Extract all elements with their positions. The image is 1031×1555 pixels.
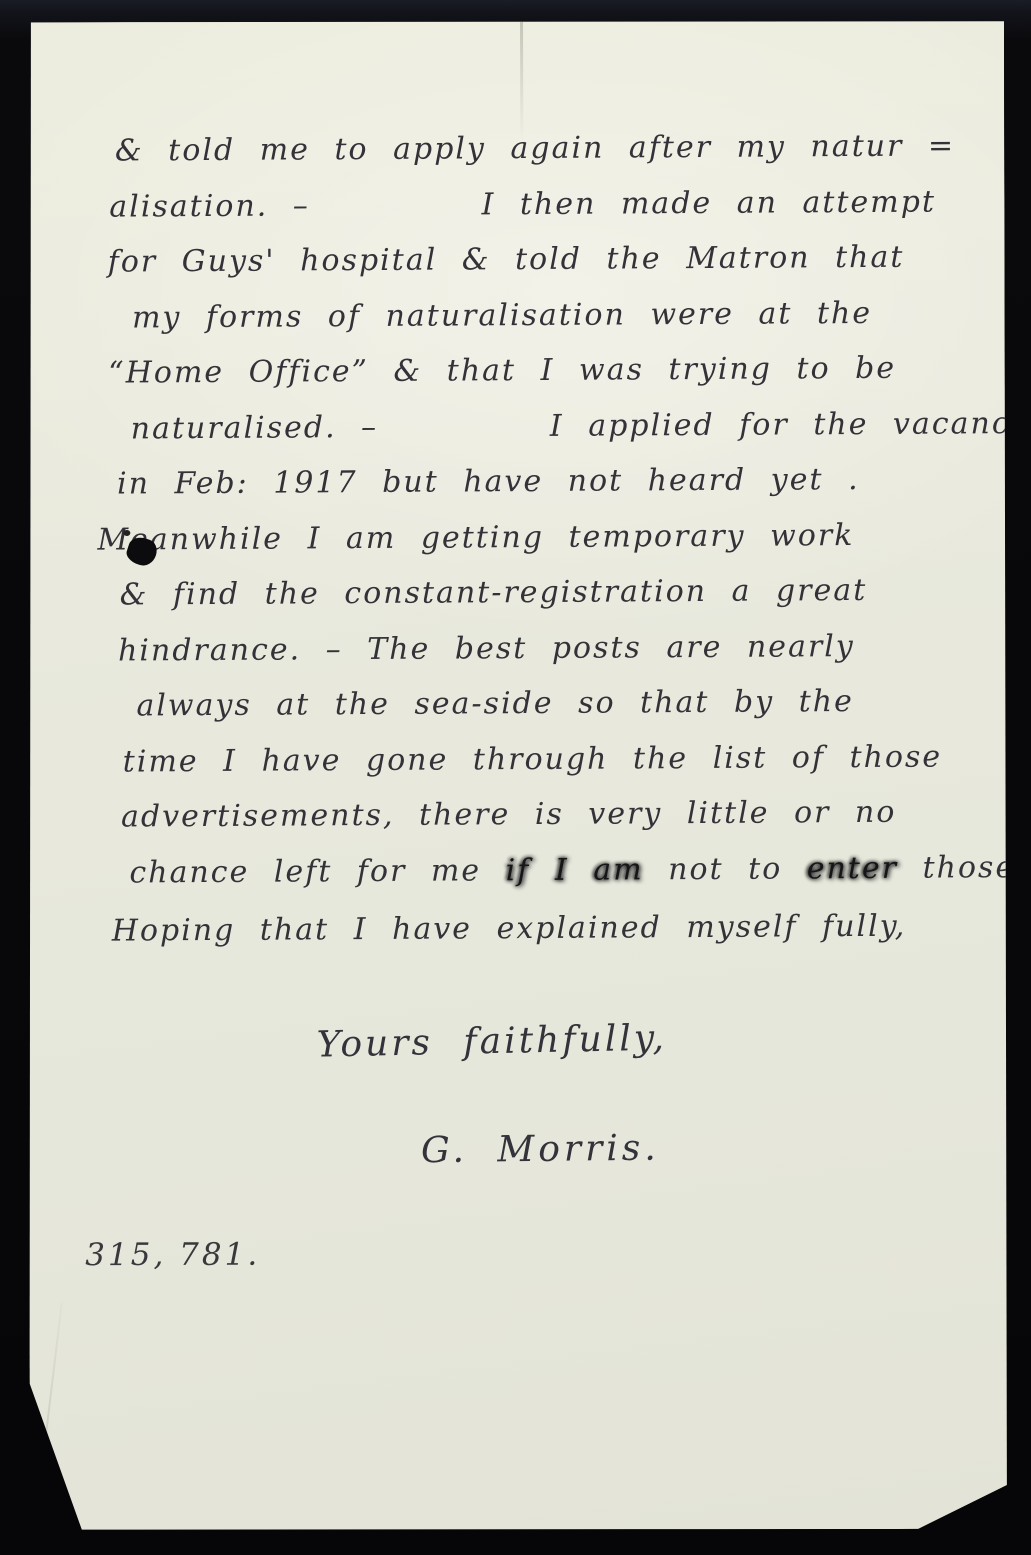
letter-closing: Yours faithfully, <box>316 1018 667 1066</box>
smudged-text: enter <box>807 850 898 886</box>
ink-speck <box>123 530 130 536</box>
scan-background: & told me to apply again after my natur … <box>0 0 1031 1555</box>
amended-line-post: those, <box>898 850 1027 886</box>
letter-body: & told me to apply again after my natur … <box>107 118 992 959</box>
letter-line: alisation. – I then made an attempt <box>107 174 987 235</box>
insertion-caret: ˇ <box>1021 852 1031 908</box>
letter-page: & told me to apply again after my natur … <box>26 20 1008 1532</box>
letter-line: & find the constant-registration a great <box>110 562 990 623</box>
letter-line: advertisements, there is very little or … <box>111 784 991 845</box>
letter-line-amended: chance left for me if I am not to enter … <box>111 840 991 904</box>
letter-line: always at the sea-side so that by the <box>110 673 990 734</box>
letter-line: Meanwhile I am getting temporary work <box>97 507 989 568</box>
smudged-text: if I am <box>506 852 644 888</box>
paper-fold-line <box>35 1303 63 1522</box>
amended-line-pre: chance left for me <box>129 853 505 890</box>
amended-line-mid: not to <box>644 851 807 887</box>
letter-line: Hoping that I have explained myself full… <box>112 898 992 959</box>
letter-line: “Home Office” & that I was trying to be <box>108 340 988 401</box>
letter-line: & told me to apply again after my natur … <box>107 118 987 179</box>
letter-line: naturalised. – I applied for the vacancy <box>109 396 989 457</box>
letter-signature: G. Morris. <box>421 1128 660 1172</box>
letter-line: time I have gone through the list of tho… <box>111 729 991 790</box>
reference-number: 315, 781. <box>85 1237 260 1273</box>
letter-line: my forms of naturalisation were at the <box>108 285 988 346</box>
letter-line: hindrance. – The best posts are nearly <box>110 618 990 679</box>
letter-line: in Feb: 1917 but have not heard yet . <box>109 451 989 512</box>
letter-line: for Guys' hospital & told the Matron tha… <box>108 229 988 290</box>
